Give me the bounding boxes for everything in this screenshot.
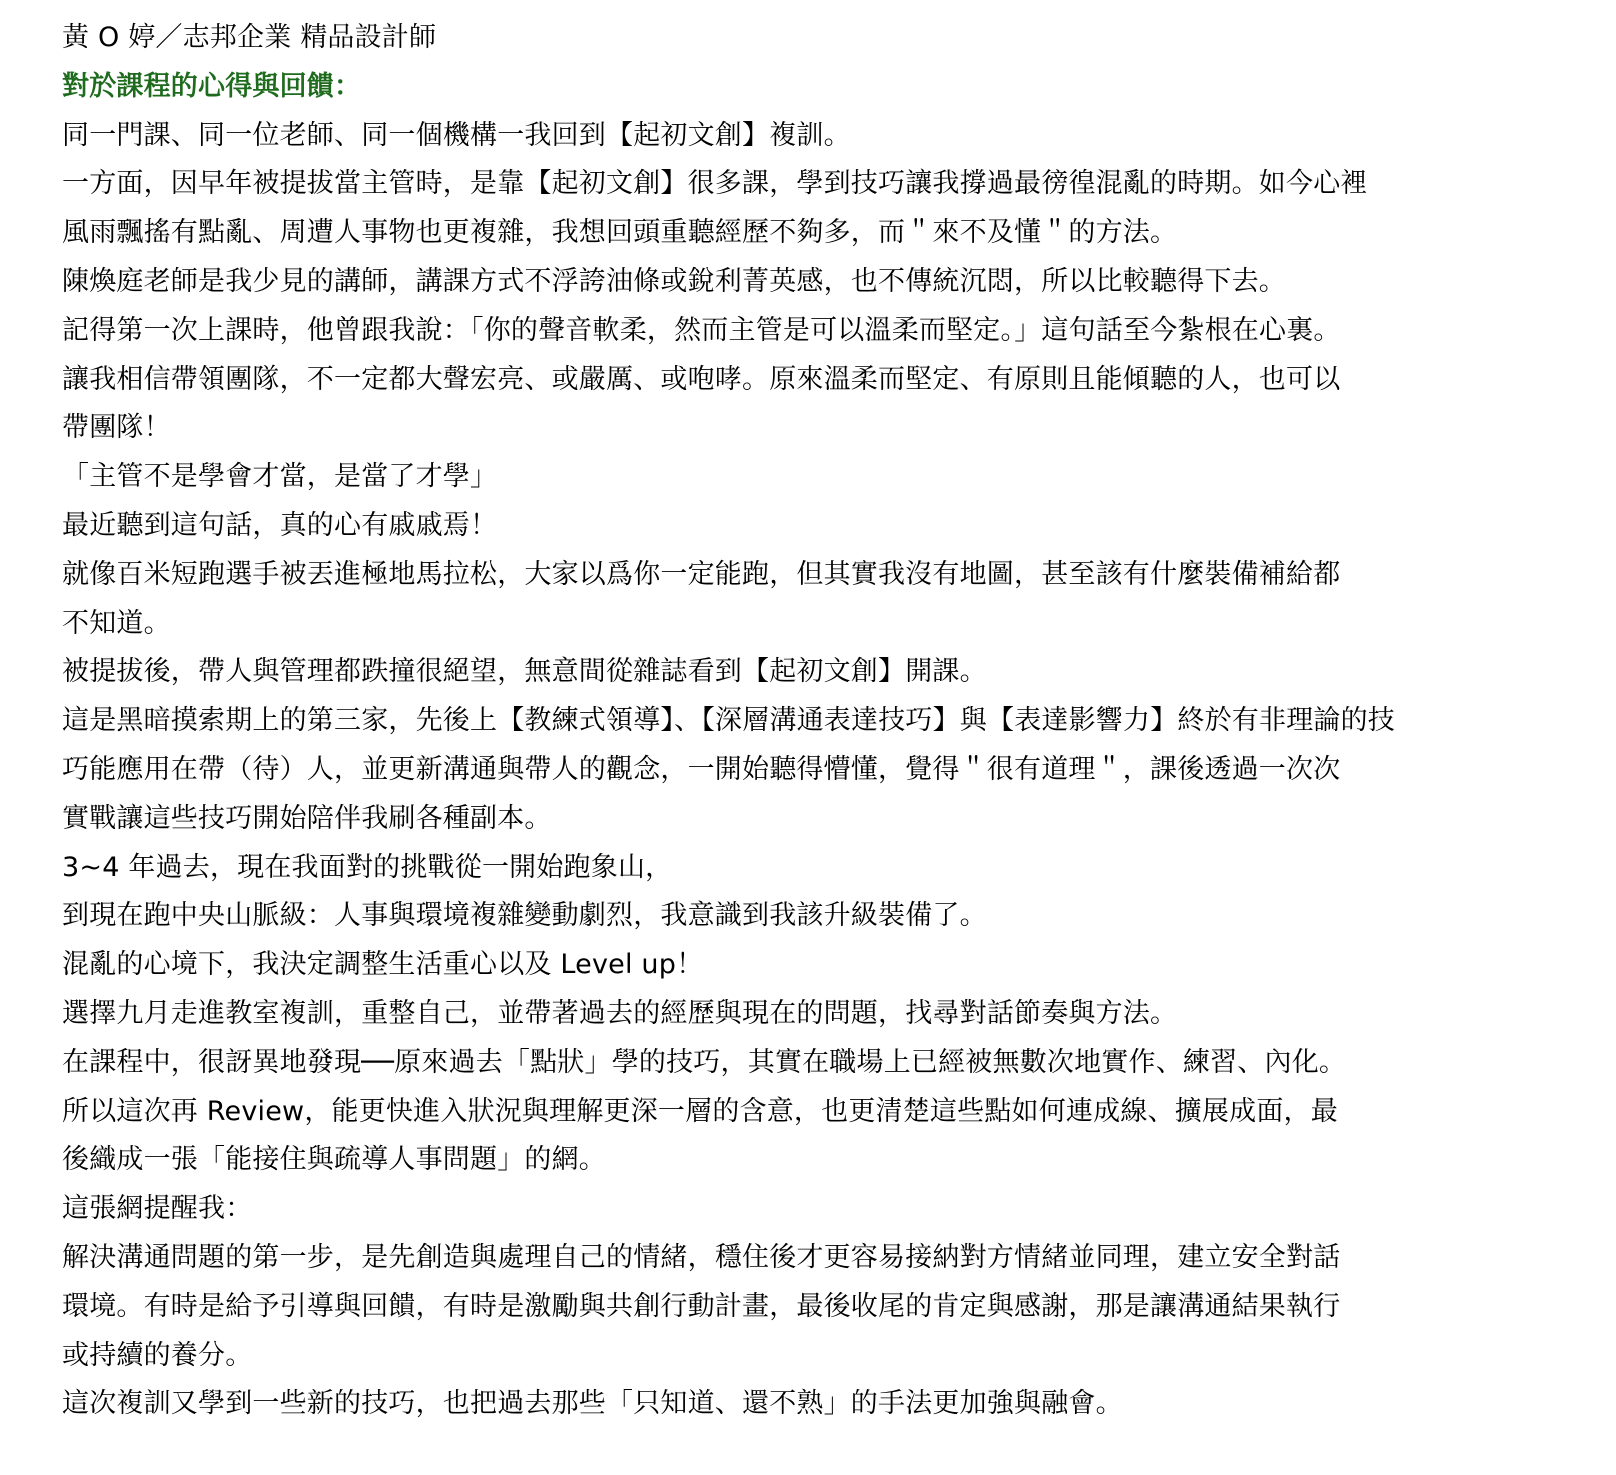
body-line: 記得第一次上課時，他曾跟我說：「你的聲音軟柔，然而主管是可以溫柔而堅定。」這句話…	[62, 307, 1522, 356]
body-line: 或持續的養分。	[62, 1332, 1522, 1381]
body-line: 這是黑暗摸索期上的第三家，先後上【教練式領導】、【深層溝通表達技巧】與【表達影響…	[62, 697, 1522, 746]
body-line: 帶團隊！	[62, 404, 1522, 453]
body-line: 混亂的心境下，我決定調整生活重心以及 Level up！	[62, 941, 1522, 990]
document-page: 黃 O 婷／志邦企業 精品設計師 對於課程的心得與回饋： 同一門課、同一位老師、…	[62, 14, 1522, 1429]
body-line: 一方面，因早年被提拔當主管時，是靠【起初文創】很多課，學到技巧讓我撐過最徬徨混亂…	[62, 160, 1522, 209]
body-line: 在課程中，很訝異地發現──原來過去「點狀」學的技巧，其實在職場上已經被無數次地實…	[62, 1039, 1522, 1088]
quote-line: 「主管不是學會才當，是當了才學」	[62, 453, 1522, 502]
body-line: 3~4 年過去，現在我面對的挑戰從一開始跑象山，	[62, 844, 1522, 893]
body-line: 陳煥庭老師是我少見的講師，講課方式不浮誇油條或銳利菁英感，也不傳統沉悶，所以比較…	[62, 258, 1522, 307]
body-line: 風雨飄搖有點亂、周遭人事物也更複雜，我想回頭重聽經歷不夠多，而＂來不及懂＂的方法…	[62, 209, 1522, 258]
body-line: 環境。有時是給予引導與回饋，有時是激勵與共創行動計畫，最後收尾的肯定與感謝，那是…	[62, 1283, 1522, 1332]
body-line: 選擇九月走進教室複訓，重整自己，並帶著過去的經歷與現在的問題，找尋對話節奏與方法…	[62, 990, 1522, 1039]
body-line: 所以這次再 Review，能更快進入狀況與理解更深一層的含意，也更清楚這些點如何…	[62, 1088, 1522, 1137]
body-line: 被提拔後，帶人與管理都跌撞很絕望，無意間從雜誌看到【起初文創】開課。	[62, 648, 1522, 697]
author-line: 黃 O 婷／志邦企業 精品設計師	[62, 14, 1522, 63]
body-line: 不知道。	[62, 600, 1522, 649]
body-line: 最近聽到這句話，真的心有戚戚焉！	[62, 502, 1522, 551]
body-line: 同一門課、同一位老師、同一個機構一我回到【起初文創】複訓。	[62, 112, 1522, 161]
body-line: 巧能應用在帶（待）人，並更新溝通與帶人的觀念，一開始聽得懵懂，覺得＂很有道理＂，…	[62, 746, 1522, 795]
body-line: 解決溝通問題的第一步，是先創造與處理自己的情緒，穩住後才更容易接納對方情緒並同理…	[62, 1234, 1522, 1283]
body-line: 實戰讓這些技巧開始陪伴我刷各種副本。	[62, 795, 1522, 844]
body-line: 就像百米短跑選手被丟進極地馬拉松，大家以爲你一定能跑，但其實我沒有地圖，甚至該有…	[62, 551, 1522, 600]
body-line: 讓我相信帶領團隊，不一定都大聲宏亮、或嚴厲、或咆哮。原來溫柔而堅定、有原則且能傾…	[62, 356, 1522, 405]
body-line: 這次複訓又學到一些新的技巧，也把過去那些「只知道、還不熟」的手法更加強與融會。	[62, 1380, 1522, 1429]
section-heading: 對於課程的心得與回饋：	[62, 63, 1522, 112]
body-line: 後織成一張「能接住與疏導人事問題」的網。	[62, 1136, 1522, 1185]
body-line: 到現在跑中央山脈級：人事與環境複雜變動劇烈，我意識到我該升級裝備了。	[62, 892, 1522, 941]
body-line: 這張網提醒我：	[62, 1185, 1522, 1234]
